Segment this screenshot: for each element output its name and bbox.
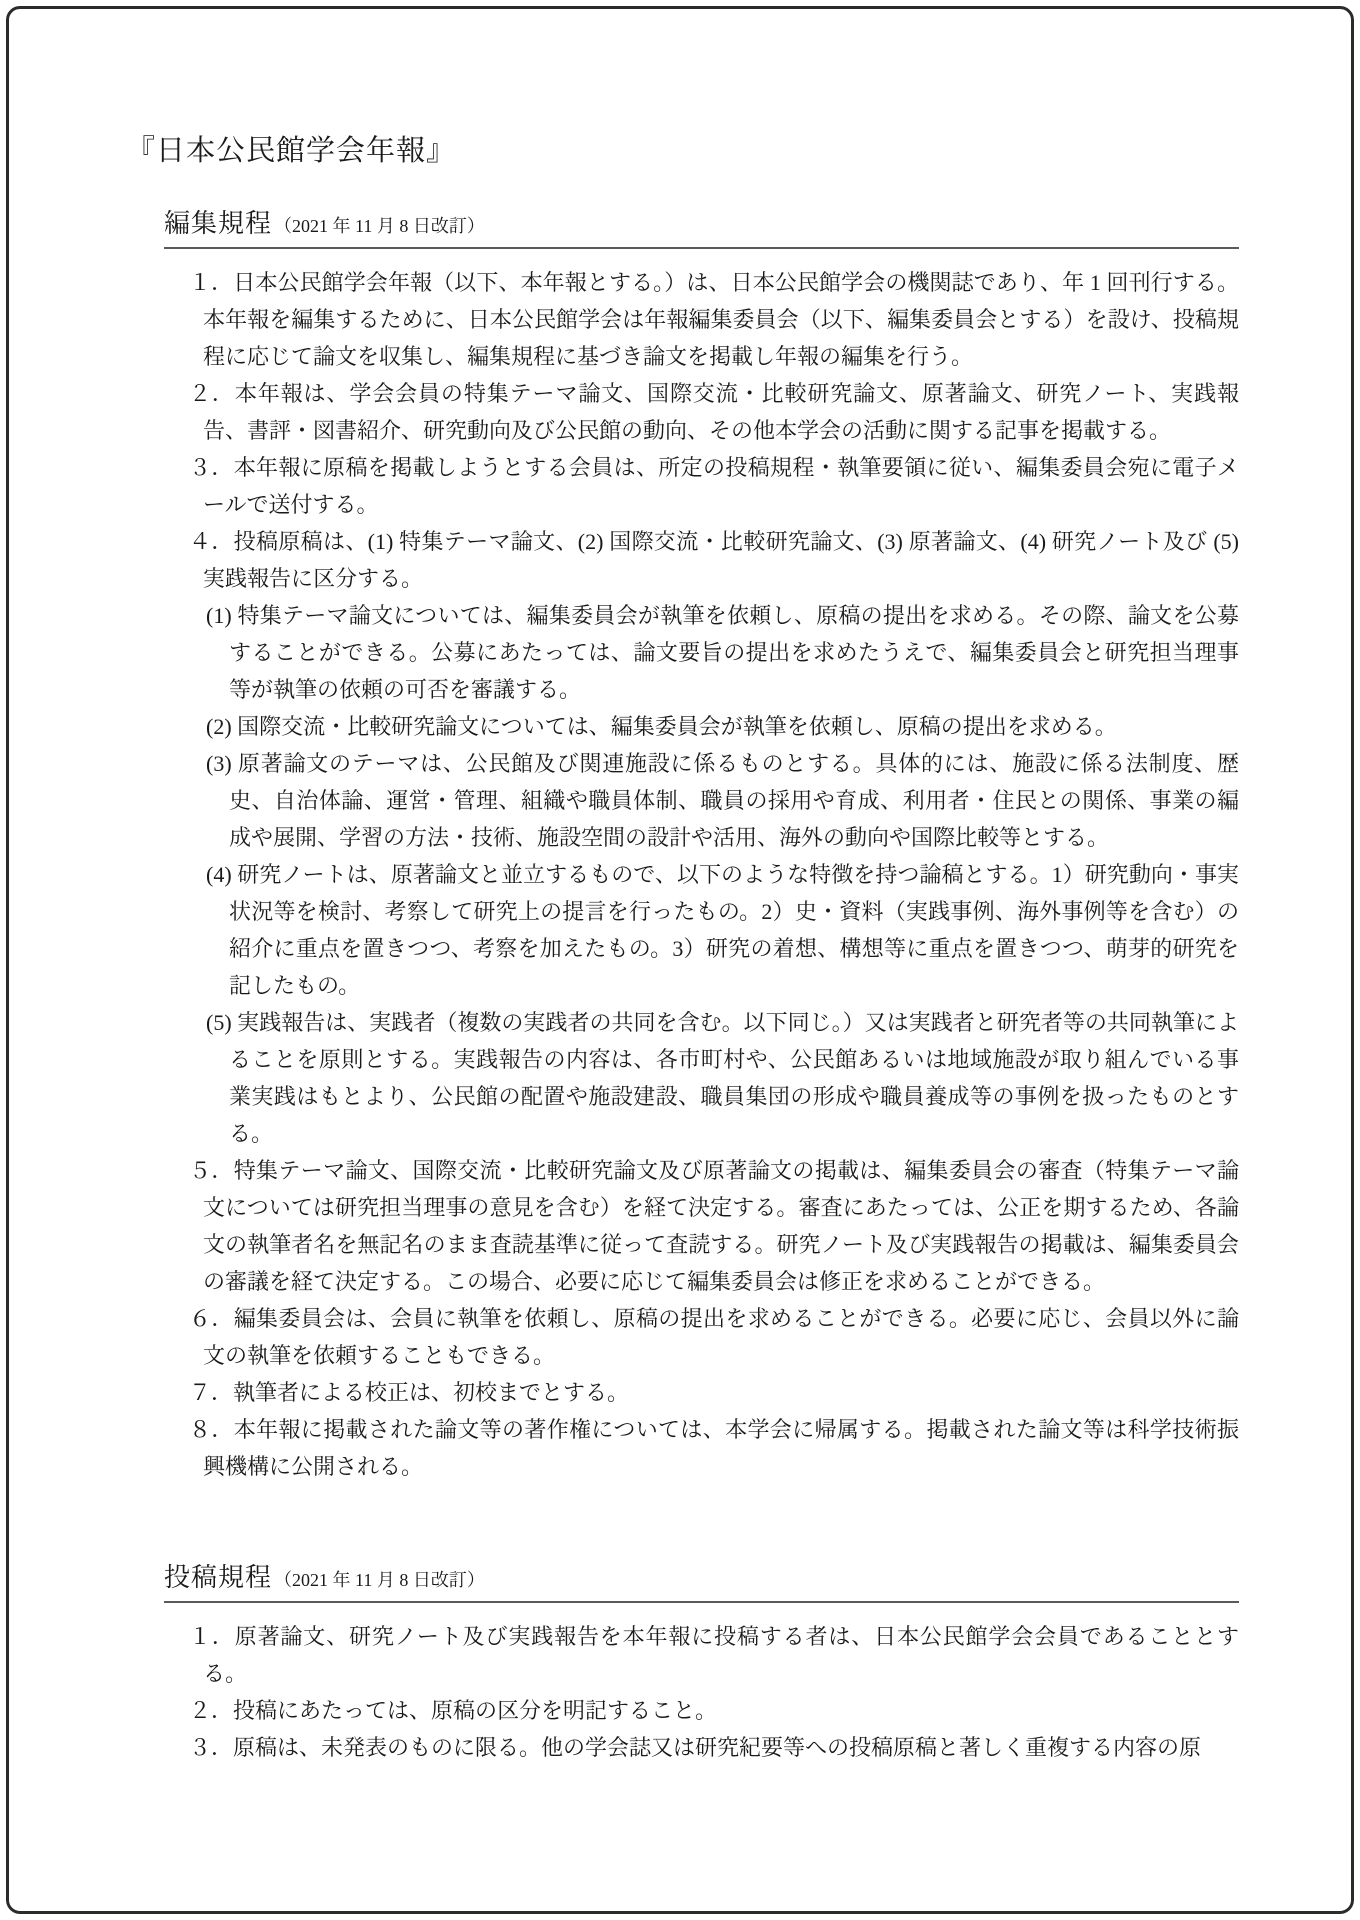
item-text: 特集テーマ論文、国際交流・比較研究論文及び原著論文の掲載は、編集委員会の審査（特… [203,1158,1239,1294]
document-title: 『日本公民館学会年報』 [126,134,1351,169]
regulation-subitem: (5) 実践報告は、実践者（複数の実践者の共同を含む。以下同じ。）又は実践者と研… [206,1004,1239,1152]
regulation-item: ７．執筆者による校正は、初校までとする。 [189,1374,1239,1411]
regulation-items: １．原著論文、研究ノート及び実践報告を本年報に投稿する者は、日本公民館学会会員で… [124,1618,1239,1766]
regulation-item: ３．原稿は、未発表のものに限る。他の学会誌又は研究紀要等への投稿原稿と著しく重複… [189,1729,1239,1766]
section-heading: 編集規程（2021 年 11 月 8 日改訂） [164,203,1239,249]
item-text: 実践報告は、実践者（複数の実践者の共同を含む。以下同じ。）又は実践者と研究者等の… [229,1010,1239,1146]
regulation-item: ２．本年報は、学会会員の特集テーマ論文、国際交流・比較研究論文、原著論文、研究ノ… [189,375,1239,449]
item-number: ８． [189,1417,234,1442]
regulation-item: １．原著論文、研究ノート及び実践報告を本年報に投稿する者は、日本公民館学会会員で… [189,1618,1239,1692]
revision-date: （2021 年 11 月 8 日改訂） [274,1570,485,1590]
item-text: 原著論文、研究ノート及び実践報告を本年報に投稿する者は、日本公民館学会会員である… [203,1624,1239,1686]
item-text: 原稿は、未発表のものに限る。他の学会誌又は研究紀要等への投稿原稿と著しく重複する… [233,1735,1201,1760]
item-text: 投稿原稿は、(1) 特集テーマ論文、(2) 国際交流・比較研究論文、(3) 原著… [203,529,1239,591]
item-number: (3) [206,751,238,776]
item-text: 日本公民館学会年報（以下、本年報とする。）は、日本公民館学会の機関誌であり、年 … [203,270,1239,369]
item-number: ３． [189,1735,233,1760]
section-editorial-regulations: 編集規程（2021 年 11 月 8 日改訂） １．日本公民館学会年報（以下、本… [124,203,1239,1485]
regulation-item: １．日本公民館学会年報（以下、本年報とする。）は、日本公民館学会の機関誌であり、… [189,264,1239,375]
regulation-subitem: (4) 研究ノートは、原著論文と並立するもので、以下のような特徴を持つ論稿とする… [206,856,1239,1004]
section-heading-text: 編集規程 [164,209,272,238]
item-text: 本年報に原稿を掲載しようとする会員は、所定の投稿規程・執筆要領に従い、編集委員会… [203,455,1239,517]
item-number: １． [189,1624,235,1649]
section-heading-text: 投稿規程 [164,1563,272,1592]
regulation-item: ６．編集委員会は、会員に執筆を依頼し、原稿の提出を求めることができる。必要に応じ… [189,1300,1239,1374]
item-number: １． [189,270,233,295]
revision-date: （2021 年 11 月 8 日改訂） [274,216,485,236]
item-text: 編集委員会は、会員に執筆を依頼し、原稿の提出を求めることができる。必要に応じ、会… [203,1306,1239,1368]
item-text: 本年報は、学会会員の特集テーマ論文、国際交流・比較研究論文、原著論文、研究ノート… [203,381,1239,443]
regulation-subitem: (1) 特集テーマ論文については、編集委員会が執筆を依頼し、原稿の提出を求める。… [206,597,1239,708]
item-number: (5) [206,1010,237,1035]
item-text: 特集テーマ論文については、編集委員会が執筆を依頼し、原稿の提出を求める。その際、… [229,603,1239,702]
item-number: (4) [206,862,237,887]
regulation-item: ２．投稿にあたっては、原稿の区分を明記すること。 [189,1692,1239,1729]
item-text: 国際交流・比較研究論文については、編集委員会が執筆を依頼し、原稿の提出を求める。 [237,714,1117,739]
regulation-item: ４．投稿原稿は、(1) 特集テーマ論文、(2) 国際交流・比較研究論文、(3) … [189,523,1239,597]
regulation-subitem: (3) 原著論文のテーマは、公民館及び関連施設に係るものとする。具体的には、施設… [206,745,1239,856]
item-text: 本年報に掲載された論文等の著作権については、本学会に帰属する。掲載された論文等は… [203,1417,1239,1479]
item-number: ６． [189,1306,234,1331]
regulation-subitem: (2) 国際交流・比較研究論文については、編集委員会が執筆を依頼し、原稿の提出を… [206,708,1239,745]
item-text: 研究ノートは、原著論文と並立するもので、以下のような特徴を持つ論稿とする。1）研… [229,862,1239,998]
item-number: ５． [189,1158,234,1183]
document-content: 編集規程（2021 年 11 月 8 日改訂） １．日本公民館学会年報（以下、本… [124,203,1239,1766]
regulation-item: ３．本年報に原稿を掲載しようとする会員は、所定の投稿規程・執筆要領に従い、編集委… [189,449,1239,523]
item-number: ２． [189,381,235,406]
section-heading: 投稿規程（2021 年 11 月 8 日改訂） [164,1557,1239,1603]
item-text: 執筆者による校正は、初校までとする。 [233,1380,629,1405]
item-text: 原著論文のテーマは、公民館及び関連施設に係るものとする。具体的には、施設に係る法… [229,751,1239,850]
item-number: ２． [189,1698,233,1723]
section-submission-regulations: 投稿規程（2021 年 11 月 8 日改訂） １．原著論文、研究ノート及び実践… [124,1557,1239,1766]
regulation-item: ８．本年報に掲載された論文等の著作権については、本学会に帰属する。掲載された論文… [189,1411,1239,1485]
item-text: 投稿にあたっては、原稿の区分を明記すること。 [233,1698,717,1723]
regulation-item: ５．特集テーマ論文、国際交流・比較研究論文及び原著論文の掲載は、編集委員会の審査… [189,1152,1239,1300]
item-number: ４． [189,529,234,554]
item-number: (2) [206,714,237,739]
item-number: ３． [189,455,234,480]
document-page: 『日本公民館学会年報』 編集規程（2021 年 11 月 8 日改訂） １．日本… [6,6,1354,1914]
regulation-items: １．日本公民館学会年報（以下、本年報とする。）は、日本公民館学会の機関誌であり、… [124,264,1239,1485]
item-number: ７． [189,1380,233,1405]
item-number: (1) [206,603,237,628]
